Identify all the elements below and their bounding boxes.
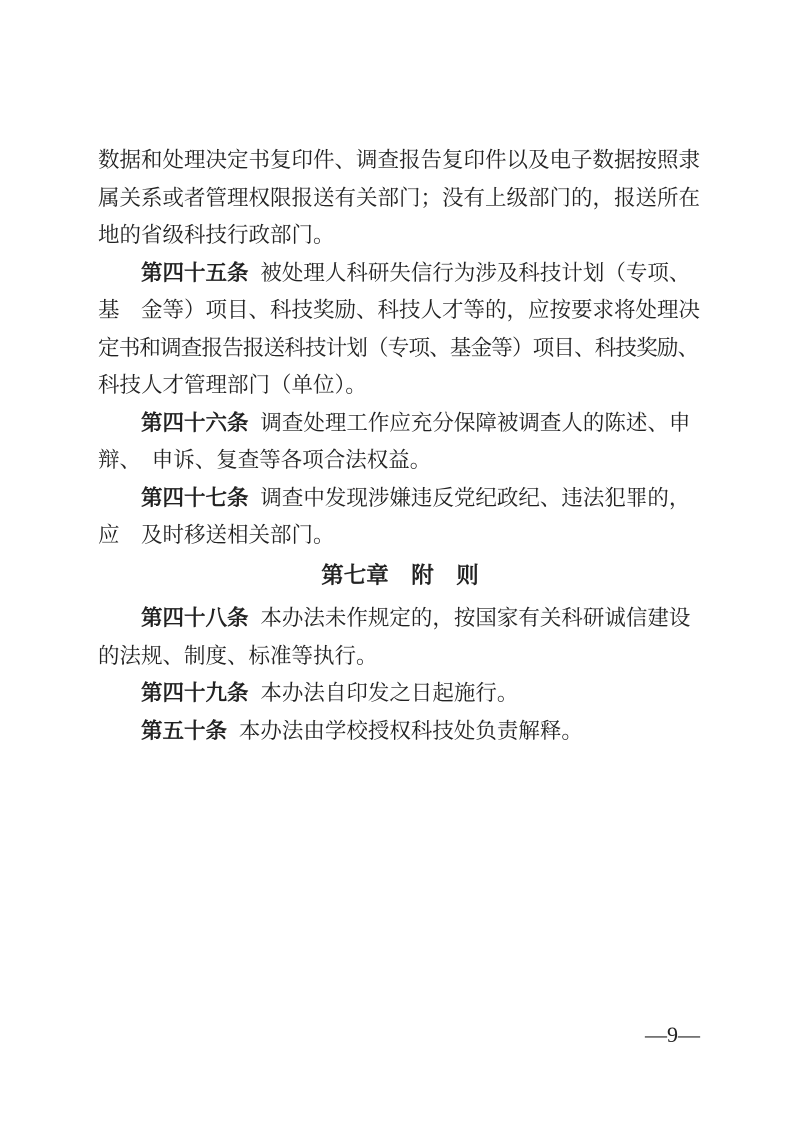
body-text-line: 基 金等）项目、科技奖励、科技人才等的，应按要求将处理决 [98, 292, 702, 330]
page-number: —9— [645, 1022, 700, 1048]
chapter-heading: 第七章 附 则 [98, 557, 702, 595]
article-47-label: 第四十七条 [141, 486, 249, 510]
article-46-label: 第四十六条 [141, 411, 249, 435]
article-47-text: 调查中发现涉嫌违反党纪政纪、违法犯罪的， [260, 486, 690, 510]
article-45-first-line: 第四十五条被处理人科研失信行为涉及科技计划（专项、 [98, 255, 702, 293]
article-45-text: 被处理人科研失信行为涉及科技计划（专项、 [260, 261, 690, 285]
body-text-line: 的法规、制度、标准等执行。 [98, 638, 702, 676]
body-text-line: 科技人才管理部门（单位）。 [98, 367, 702, 405]
article-45-label: 第四十五条 [141, 261, 249, 285]
body-text-line: 定书和调查报告报送科技计划（专项、基金等）项目、科技奖励、 [98, 330, 702, 368]
article-49-label: 第四十九条 [141, 681, 249, 705]
body-text-line: 地的省级科技行政部门。 [98, 217, 702, 255]
article-48-label: 第四十八条 [141, 606, 249, 630]
article-49-first-line: 第四十九条本办法自印发之日起施行。 [98, 675, 702, 713]
body-text-line: 辩、 申诉、复查等各项合法权益。 [98, 442, 702, 480]
body-text-line: 属关系或者管理权限报送有关部门；没有上级部门的，报送所在 [98, 180, 702, 218]
article-46-first-line: 第四十六条调查处理工作应充分保障被调查人的陈述、申 [98, 405, 702, 443]
article-50-label: 第五十条 [141, 719, 227, 743]
body-text-line: 数据和处理决定书复印件、调查报告复印件以及电子数据按照隶 [98, 142, 702, 180]
document-page: 数据和处理决定书复印件、调查报告复印件以及电子数据按照隶 属关系或者管理权限报送… [0, 0, 794, 1122]
article-46-text: 调查处理工作应充分保障被调查人的陈述、申 [260, 411, 690, 435]
article-48-first-line: 第四十八条本办法未作规定的，按国家有关科研诚信建设 [98, 600, 702, 638]
article-47-first-line: 第四十七条调查中发现涉嫌违反党纪政纪、违法犯罪的， [98, 480, 702, 518]
body-text-line: 应 及时移送相关部门。 [98, 517, 702, 555]
article-50-first-line: 第五十条本办法由学校授权科技处负责解释。 [98, 713, 702, 751]
article-48-text: 本办法未作规定的，按国家有关科研诚信建设 [260, 606, 690, 630]
document-body: 数据和处理决定书复印件、调查报告复印件以及电子数据按照隶 属关系或者管理权限报送… [98, 142, 702, 750]
article-50-text: 本办法由学校授权科技处负责解释。 [239, 719, 583, 743]
article-49-text: 本办法自印发之日起施行。 [260, 681, 518, 705]
